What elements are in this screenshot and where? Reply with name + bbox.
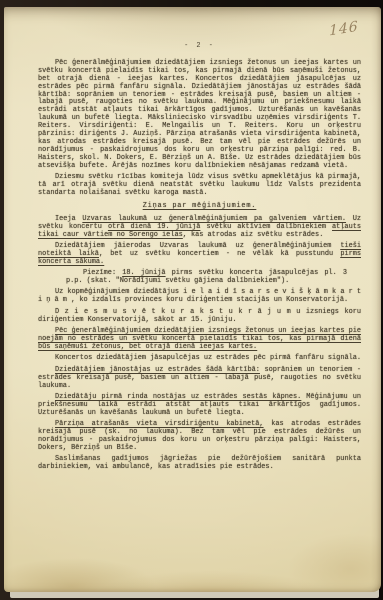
section-heading: Ziņas par mēģinājumiem. xyxy=(38,203,361,211)
paragraph: Dziedātāju pirmā rinda nostājas uz estrā… xyxy=(38,394,361,418)
paragraphs: Pēc ģenerālmēģinājumiem dziedātājiem izs… xyxy=(38,60,361,472)
paragraph: Uz kopmēģinājumiem dziedātājus i e l a i… xyxy=(38,289,361,305)
paragraph: Koncertos dziedātājiem jāsapulcējas uz e… xyxy=(38,355,361,363)
text-segment: 18. jūnijā xyxy=(122,269,165,277)
page-content: - 2 - Pēc ģenerālmēģinājumiem dziedātāji… xyxy=(38,43,361,582)
paragraph: Saslimšanas gadījumos jāgriežas pie dežū… xyxy=(38,456,361,472)
page-number: - 2 - xyxy=(38,43,361,51)
text-segment: Dziesmu svētku rīcības komiteja lūdz vis… xyxy=(38,173,361,197)
document-page: 146 - 2 - Pēc ģenerālmēģinājumiem dziedā… xyxy=(4,7,381,592)
text-segment: Piezīme: xyxy=(83,269,122,277)
text-segment: Pārziņa atrašanās vieta virsdiriģentu ka… xyxy=(55,420,264,428)
paragraph: Piezīme: 18. jūnijā pirms svētku koncert… xyxy=(66,270,347,286)
text-segment: Uz kopmēģinājumiem dziedātājus i e l a i… xyxy=(38,288,361,304)
text-segment: , bet uz svētku koncertiem - ne vēlāk kā… xyxy=(99,250,340,258)
paragraph: Pēc ģenerālmēģinājumiem dziedātājiem izs… xyxy=(38,328,361,352)
paragraph: D z i e s m u s v ē t k u r a k s t u k … xyxy=(38,309,361,325)
text-segment: Ziņas par mēģinājumiem. xyxy=(143,202,257,210)
text-segment: Uzvaras laukumā uz ģenerālmēģinājumiem p… xyxy=(82,215,346,223)
text-segment: Koncertos dziedātājiem jāsapulcējas uz e… xyxy=(55,354,361,362)
text-segment: , kas atrodas aiz svētku estrādes. xyxy=(183,231,324,239)
text-segment: Ieeja xyxy=(55,215,82,223)
text-segment: Dziedātāju pirmā rinda nostājas uz estrā… xyxy=(55,393,301,401)
text-segment: Pēc ģenerālmēģinājumiem dziedātājiem izs… xyxy=(38,327,361,351)
text-segment: Saslimšanas gadījumos jāgriežas pie dežū… xyxy=(38,455,361,471)
text-segment: Pēc ģenerālmēģinājumiem dziedātājiem izs… xyxy=(38,59,361,170)
paragraph: Pēc ģenerālmēģinājumiem dziedātājiem izs… xyxy=(38,60,361,171)
text-segment: Dziedātājiem jāierodas Uzvaras laukumā u… xyxy=(55,242,340,250)
text-segment: D z i e s m u s v ē t k u r a k s t u k … xyxy=(38,308,361,324)
paragraph: Dziedātājiem jānostājas uz estrādes šādā… xyxy=(38,367,361,391)
text-segment: svētku aktīviem dalībniekiem xyxy=(200,223,332,231)
text-segment: Dziedātājiem jānostājas uz estrādes šādā… xyxy=(55,366,260,374)
text-segment: otrā dienā 19. jūnijā xyxy=(108,223,201,231)
paragraph: Dziedātājiem jāierodas Uzvaras laukumā u… xyxy=(38,243,361,267)
paragraph: Dziesmu svētku rīcības komiteja lūdz vis… xyxy=(38,174,361,198)
paragraph: Pārziņa atrašanās vieta virsdiriģentu ka… xyxy=(38,421,361,453)
paragraph: Ieeja Uzvaras laukumā uz ģenerālmēģināju… xyxy=(38,216,361,240)
archive-page-number: 146 xyxy=(329,19,359,40)
